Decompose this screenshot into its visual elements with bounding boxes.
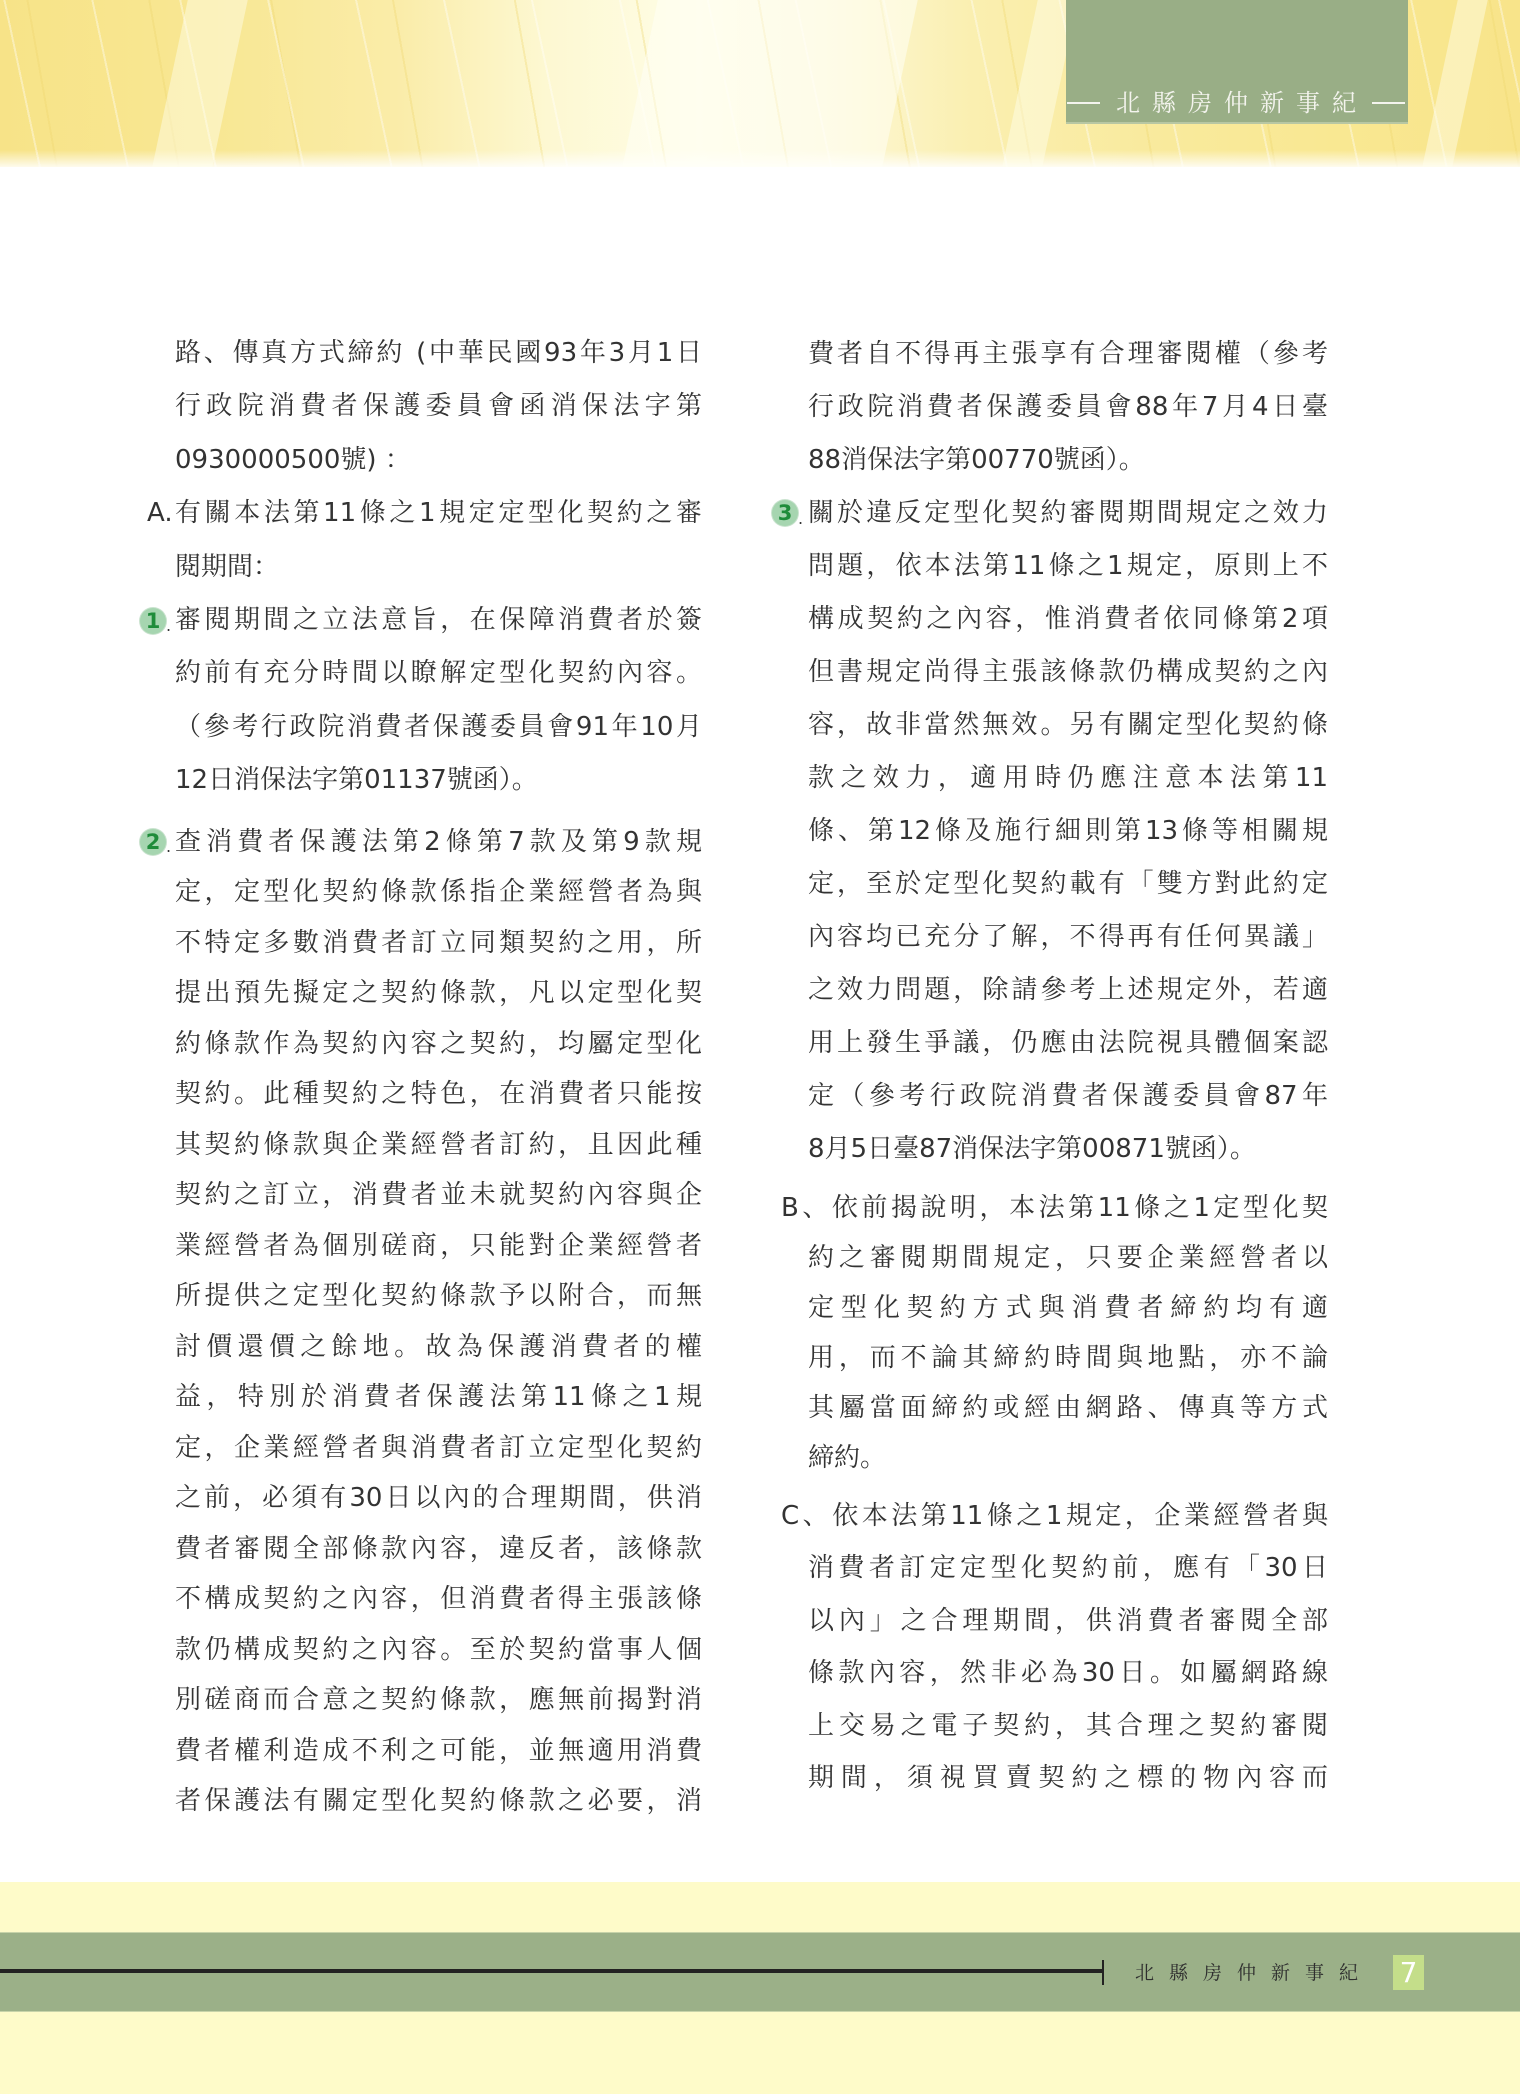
text-line: 用上發生爭議，仍應由法院視具體個案認 (808, 1017, 1328, 1070)
text-line: 別磋商而合意之契約條款，應無前揭對消 (175, 1675, 702, 1726)
text-line: 條、第12條及施行細則第13條等相關規 (808, 805, 1328, 858)
publication-title: 北縣房仲新事紀 (1116, 88, 1368, 118)
section-marker: B、 (781, 1193, 832, 1223)
text-line: 用，而不論其締約時間與地點，亦不論 (808, 1333, 1328, 1383)
text-line: 路、傳真方式締約 (中華民國93年3月1日 (175, 327, 702, 380)
text-line: 審閱期間之立法意旨，在保障消費者於簽 (175, 594, 702, 647)
list-item-1: 1 . 審閱期間之立法意旨，在保障消費者於簽 約前有充分時間以瞭解定型化契約內容… (175, 594, 702, 808)
header-decor-strip (622, 0, 917, 167)
text-line: 約前有充分時間以瞭解定型化契約內容。 (175, 647, 702, 700)
item-number-marker: 2 . (140, 817, 171, 868)
title-dash-right (1372, 102, 1405, 104)
magazine-page: 北縣房仲新事紀 路、傳真方式締約 (中華民國93年3月1日 行政院消費者保護委員… (0, 0, 1520, 2094)
text-line: 業經營者為個別磋商，只能對企業經營者 (175, 1221, 702, 1272)
text-line: 關於違反定型化契約審閱期間規定之效力 (808, 487, 1328, 540)
text-line: 問題，依本法第11條之1規定，原則上不 (808, 540, 1328, 593)
text-line: 行政院消費者保護委員會88年7月4日臺 (808, 381, 1328, 434)
text-line: 費者自不得再主張享有合理審閱權（參考 (808, 328, 1328, 381)
section-marker: A. (147, 487, 173, 540)
number-badge-icon: 1 (140, 608, 166, 634)
text-line: 構成契約之內容，惟消費者依同條第2項 (808, 593, 1328, 646)
section-a: A. 有關本法第11條之1規定定型化契約之審 閱期間： (175, 487, 702, 594)
text-line: 之效力問題，除請參考上述規定外，若適 (808, 964, 1328, 1017)
page-number: 7 (1393, 1955, 1424, 1990)
number-badge-icon: 2 (140, 829, 166, 855)
header-decor-strip (152, 0, 247, 167)
text-line: 所提供之定型化契約條款予以附合，而無 (175, 1271, 702, 1322)
text-line: 者保護法有關定型化契約條款之必要，消 (175, 1776, 702, 1827)
list-item-3: 3 . 關於違反定型化契約審閱期間規定之效力 問題，依本法第11條之1規定，原則… (808, 487, 1328, 1176)
text-line: 上交易之電子契約，其合理之契約審閱 (808, 1700, 1328, 1753)
text-line: 提出預先擬定之契約條款，凡以定型化契 (175, 968, 702, 1019)
text-line: 定，定型化契約條款係指企業經營者為與 (175, 867, 702, 918)
text-line: 其契約條款與企業經營者訂約，且因此種 (175, 1120, 702, 1171)
text-line: 0930000500號) ： (175, 434, 702, 487)
text-line: 其屬當面締約或經由網路、傳真等方式 (808, 1383, 1328, 1433)
number-badge-icon: 3 (772, 500, 798, 526)
footer-publication-title: 北縣房仲新事紀 (1135, 1959, 1373, 1987)
text-line: 益，特別於消費者保護法第11條之1規 (175, 1372, 702, 1423)
text-line-content: 依前揭說明，本法第11條之1定型化契 (832, 1193, 1328, 1223)
footer-rule-tick (1102, 1960, 1104, 1985)
text-line: 查消費者保護法第2條第7款及第9款規 (175, 817, 702, 868)
text-line: 期間，須視買賣契約之標的物內容而 (808, 1752, 1328, 1805)
title-dash-left (1067, 102, 1100, 104)
text-line: 費者權利造成不利之可能，並無適用消費 (175, 1726, 702, 1777)
text-line: 約條款作為契約內容之契約，均屬定型化 (175, 1019, 702, 1070)
intro-continuation: 路、傳真方式締約 (中華民國93年3月1日 行政院消費者保護委員會函消保法字第 … (175, 327, 702, 487)
text-line: 定，至於定型化契約載有「雙方對此約定 (808, 858, 1328, 911)
text-line-content: 依本法第11條之1規定，企業經營者與 (832, 1501, 1328, 1531)
text-line: 討價還價之餘地。故為保護消費者的權 (175, 1322, 702, 1373)
item-number: 1 (146, 608, 161, 634)
text-line: 8月5日臺87消保法字第00871號函）。 (808, 1123, 1328, 1176)
text-line: 閱期間： (175, 541, 702, 594)
footer-rule-line (0, 1969, 1104, 1973)
text-line: 定，企業經營者與消費者訂立定型化契約 (175, 1423, 702, 1474)
item-number: 3 (778, 500, 793, 526)
section-b: B、依前揭說明，本法第11條之1定型化契 約之審閱期間規定，只要企業經營者以 定… (808, 1183, 1328, 1483)
text-line: 款仍構成契約之內容。至於契約當事人個 (175, 1625, 702, 1676)
text-line: 內容均已充分了解，不得再有任何異議」 (808, 911, 1328, 964)
left-column: 路、傳真方式締約 (中華民國93年3月1日 行政院消費者保護委員會函消保法字第 … (175, 327, 702, 1827)
text-line: 之前，必須有30日以內的合理期間，供消 (175, 1473, 702, 1524)
item-number-suffix: . (798, 509, 803, 528)
text-line: 有關本法第11條之1規定定型化契約之審 (175, 487, 702, 540)
text-line: 定（參考行政院消費者保護委員會87年 (808, 1070, 1328, 1123)
text-line: 契約。此種契約之特色，在消費者只能按 (175, 1069, 702, 1120)
item-number-suffix: . (166, 616, 171, 635)
text-line: 定型化契約方式與消費者締約均有適 (808, 1283, 1328, 1333)
text-line: 條款內容，然非必為30日。如屬網路線 (808, 1647, 1328, 1700)
text-line: 12日消保法字第01137號函）。 (175, 754, 702, 807)
header-decor-strip (1422, 0, 1487, 167)
item-number-suffix: . (166, 837, 171, 856)
item-number: 2 (146, 829, 161, 855)
list-item-2-continued: 費者自不得再主張享有合理審閱權（參考 行政院消費者保護委員會88年7月4日臺 8… (808, 328, 1328, 487)
text-line: 締約。 (808, 1433, 1328, 1483)
text-line: 88消保法字第00770號函）。 (808, 434, 1328, 487)
text-line: 但書規定尚得主張該條款仍構成契約之內 (808, 646, 1328, 699)
item-number-marker: 3 . (772, 487, 803, 540)
section-marker: C、 (781, 1501, 832, 1531)
section-c: C、依本法第11條之1規定，企業經營者與 消費者訂定定型化契約前，應有「30日 … (808, 1490, 1328, 1806)
text-line: 費者審閱全部條款內容，違反者，該條款 (175, 1524, 702, 1575)
text-line: 約之審閱期間規定，只要企業經營者以 (808, 1233, 1328, 1283)
text-line: 不特定多數消費者訂立同類契約之用，所 (175, 918, 702, 969)
text-line: C、依本法第11條之1規定，企業經營者與 (781, 1490, 1328, 1543)
text-line: 行政院消費者保護委員會函消保法字第 (175, 380, 702, 433)
list-item-2: 2 . 查消費者保護法第2條第7款及第9款規 定，定型化契約條款係指企業經營者為… (175, 817, 702, 1827)
text-line: 款之效力，適用時仍應注意本法第11 (808, 752, 1328, 805)
text-line: （參考行政院消費者保護委員會91年10月 (175, 701, 702, 754)
text-line: 容，故非當然無效。另有關定型化契約條 (808, 699, 1328, 752)
item-number-marker: 1 . (140, 594, 171, 647)
right-column: 費者自不得再主張享有合理審閱權（參考 行政院消費者保護委員會88年7月4日臺 8… (808, 328, 1328, 1806)
publication-title-box: 北縣房仲新事紀 (1066, 0, 1408, 124)
text-line: 契約之訂立，消費者並未就契約內容與企 (175, 1170, 702, 1221)
publication-title-row: 北縣房仲新事紀 (1066, 88, 1408, 118)
text-line: 不構成契約之內容，但消費者得主張該條 (175, 1574, 702, 1625)
text-line: 消費者訂定定型化契約前，應有「30日 (808, 1542, 1328, 1595)
text-line: 以內」之合理期間，供消費者審閱全部 (808, 1595, 1328, 1648)
text-line: B、依前揭說明，本法第11條之1定型化契 (781, 1183, 1328, 1233)
